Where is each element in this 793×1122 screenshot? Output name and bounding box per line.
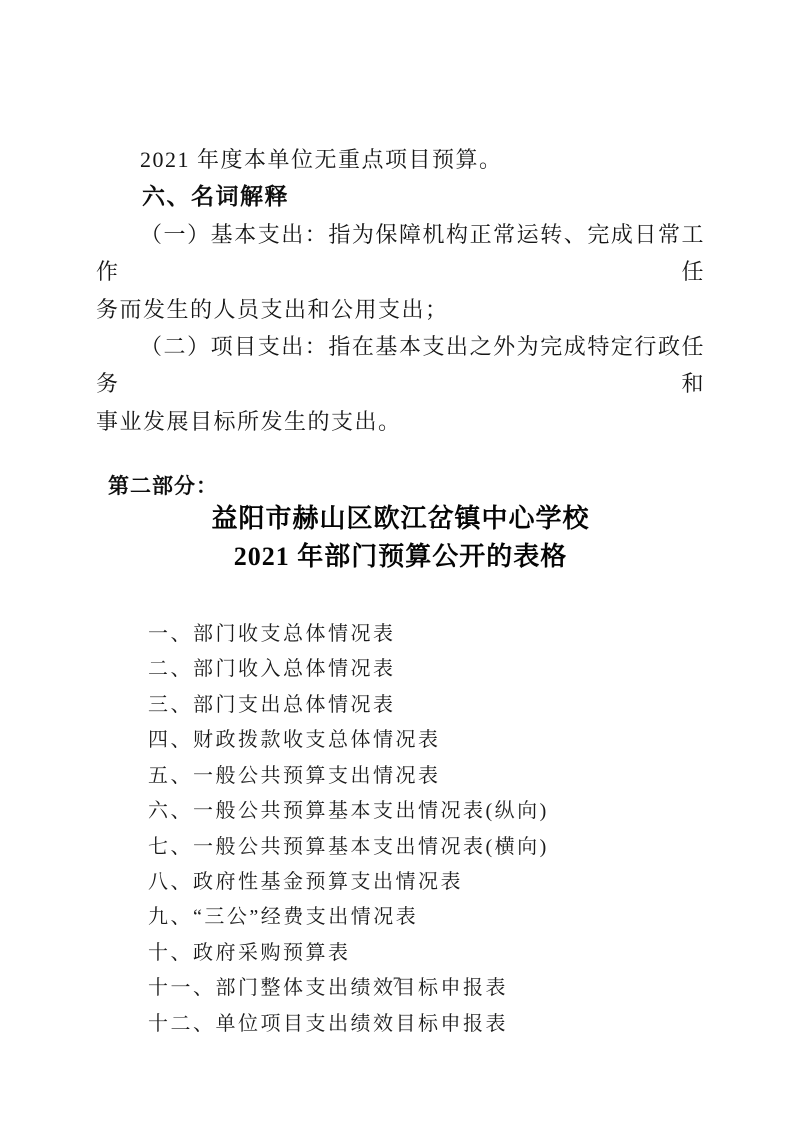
document-page: 2021 年度本单位无重点项目预算。 六、名词解释 （一）基本支出：指为保障机构…	[0, 0, 793, 1122]
table-list-item-5: 五、一般公共预算支出情况表	[148, 759, 705, 794]
table-list-item-3: 三、部门支出总体情况表	[148, 688, 705, 723]
paragraph-basic-expenditure: （一）基本支出：指为保障机构正常运转、完成日常工作任 务而发生的人员支出和公用支…	[96, 216, 705, 328]
heading-glossary: 六、名词解释	[96, 178, 705, 215]
table-list-item-8: 八、政府性基金预算支出情况表	[148, 865, 705, 900]
table-list-item-7: 七、一般公共预算基本支出情况表(横向)	[148, 830, 705, 865]
part2-title-line-1: 益阳市赫山区欧江岔镇中心学校	[96, 500, 705, 537]
part2-title: 益阳市赫山区欧江岔镇中心学校 2021 年部门预算公开的表格	[96, 500, 705, 575]
paragraph-no-key-projects: 2021 年度本单位无重点项目预算。	[96, 141, 705, 178]
table-list-item-12: 十二、单位项目支出绩效目标申报表	[148, 1007, 705, 1042]
page-content: 2021 年度本单位无重点项目预算。 六、名词解释 （一）基本支出：指为保障机构…	[96, 141, 705, 1042]
table-list-item-6: 六、一般公共预算基本支出情况表(纵向)	[148, 794, 705, 829]
paragraph-basic-expenditure-line-2: 务而发生的人员支出和公用支出；	[96, 291, 705, 328]
table-list-item-1: 一、部门收支总体情况表	[148, 617, 705, 652]
part2-label: 第二部分：	[108, 474, 705, 500]
table-list-item-2: 二、部门收入总体情况表	[148, 652, 705, 687]
table-list-item-4: 四、财政拨款收支总体情况表	[148, 723, 705, 758]
paragraph-basic-expenditure-line-1: （一）基本支出：指为保障机构正常运转、完成日常工作任	[96, 216, 705, 291]
table-list-item-10: 十、政府采购预算表	[148, 936, 705, 971]
part2-title-line-2: 2021 年部门预算公开的表格	[96, 538, 705, 575]
paragraph-project-expenditure: （二）项目支出：指在基本支出之外为完成特定行政任务和 事业发展目标所发生的支出。	[96, 328, 705, 440]
table-list-item-9: 九、“三公”经费支出情况表	[148, 900, 705, 935]
paragraph-project-expenditure-line-1: （二）项目支出：指在基本支出之外为完成特定行政任务和	[96, 328, 705, 403]
page-number: 7	[0, 973, 793, 993]
paragraph-project-expenditure-line-2: 事业发展目标所发生的支出。	[96, 403, 705, 440]
